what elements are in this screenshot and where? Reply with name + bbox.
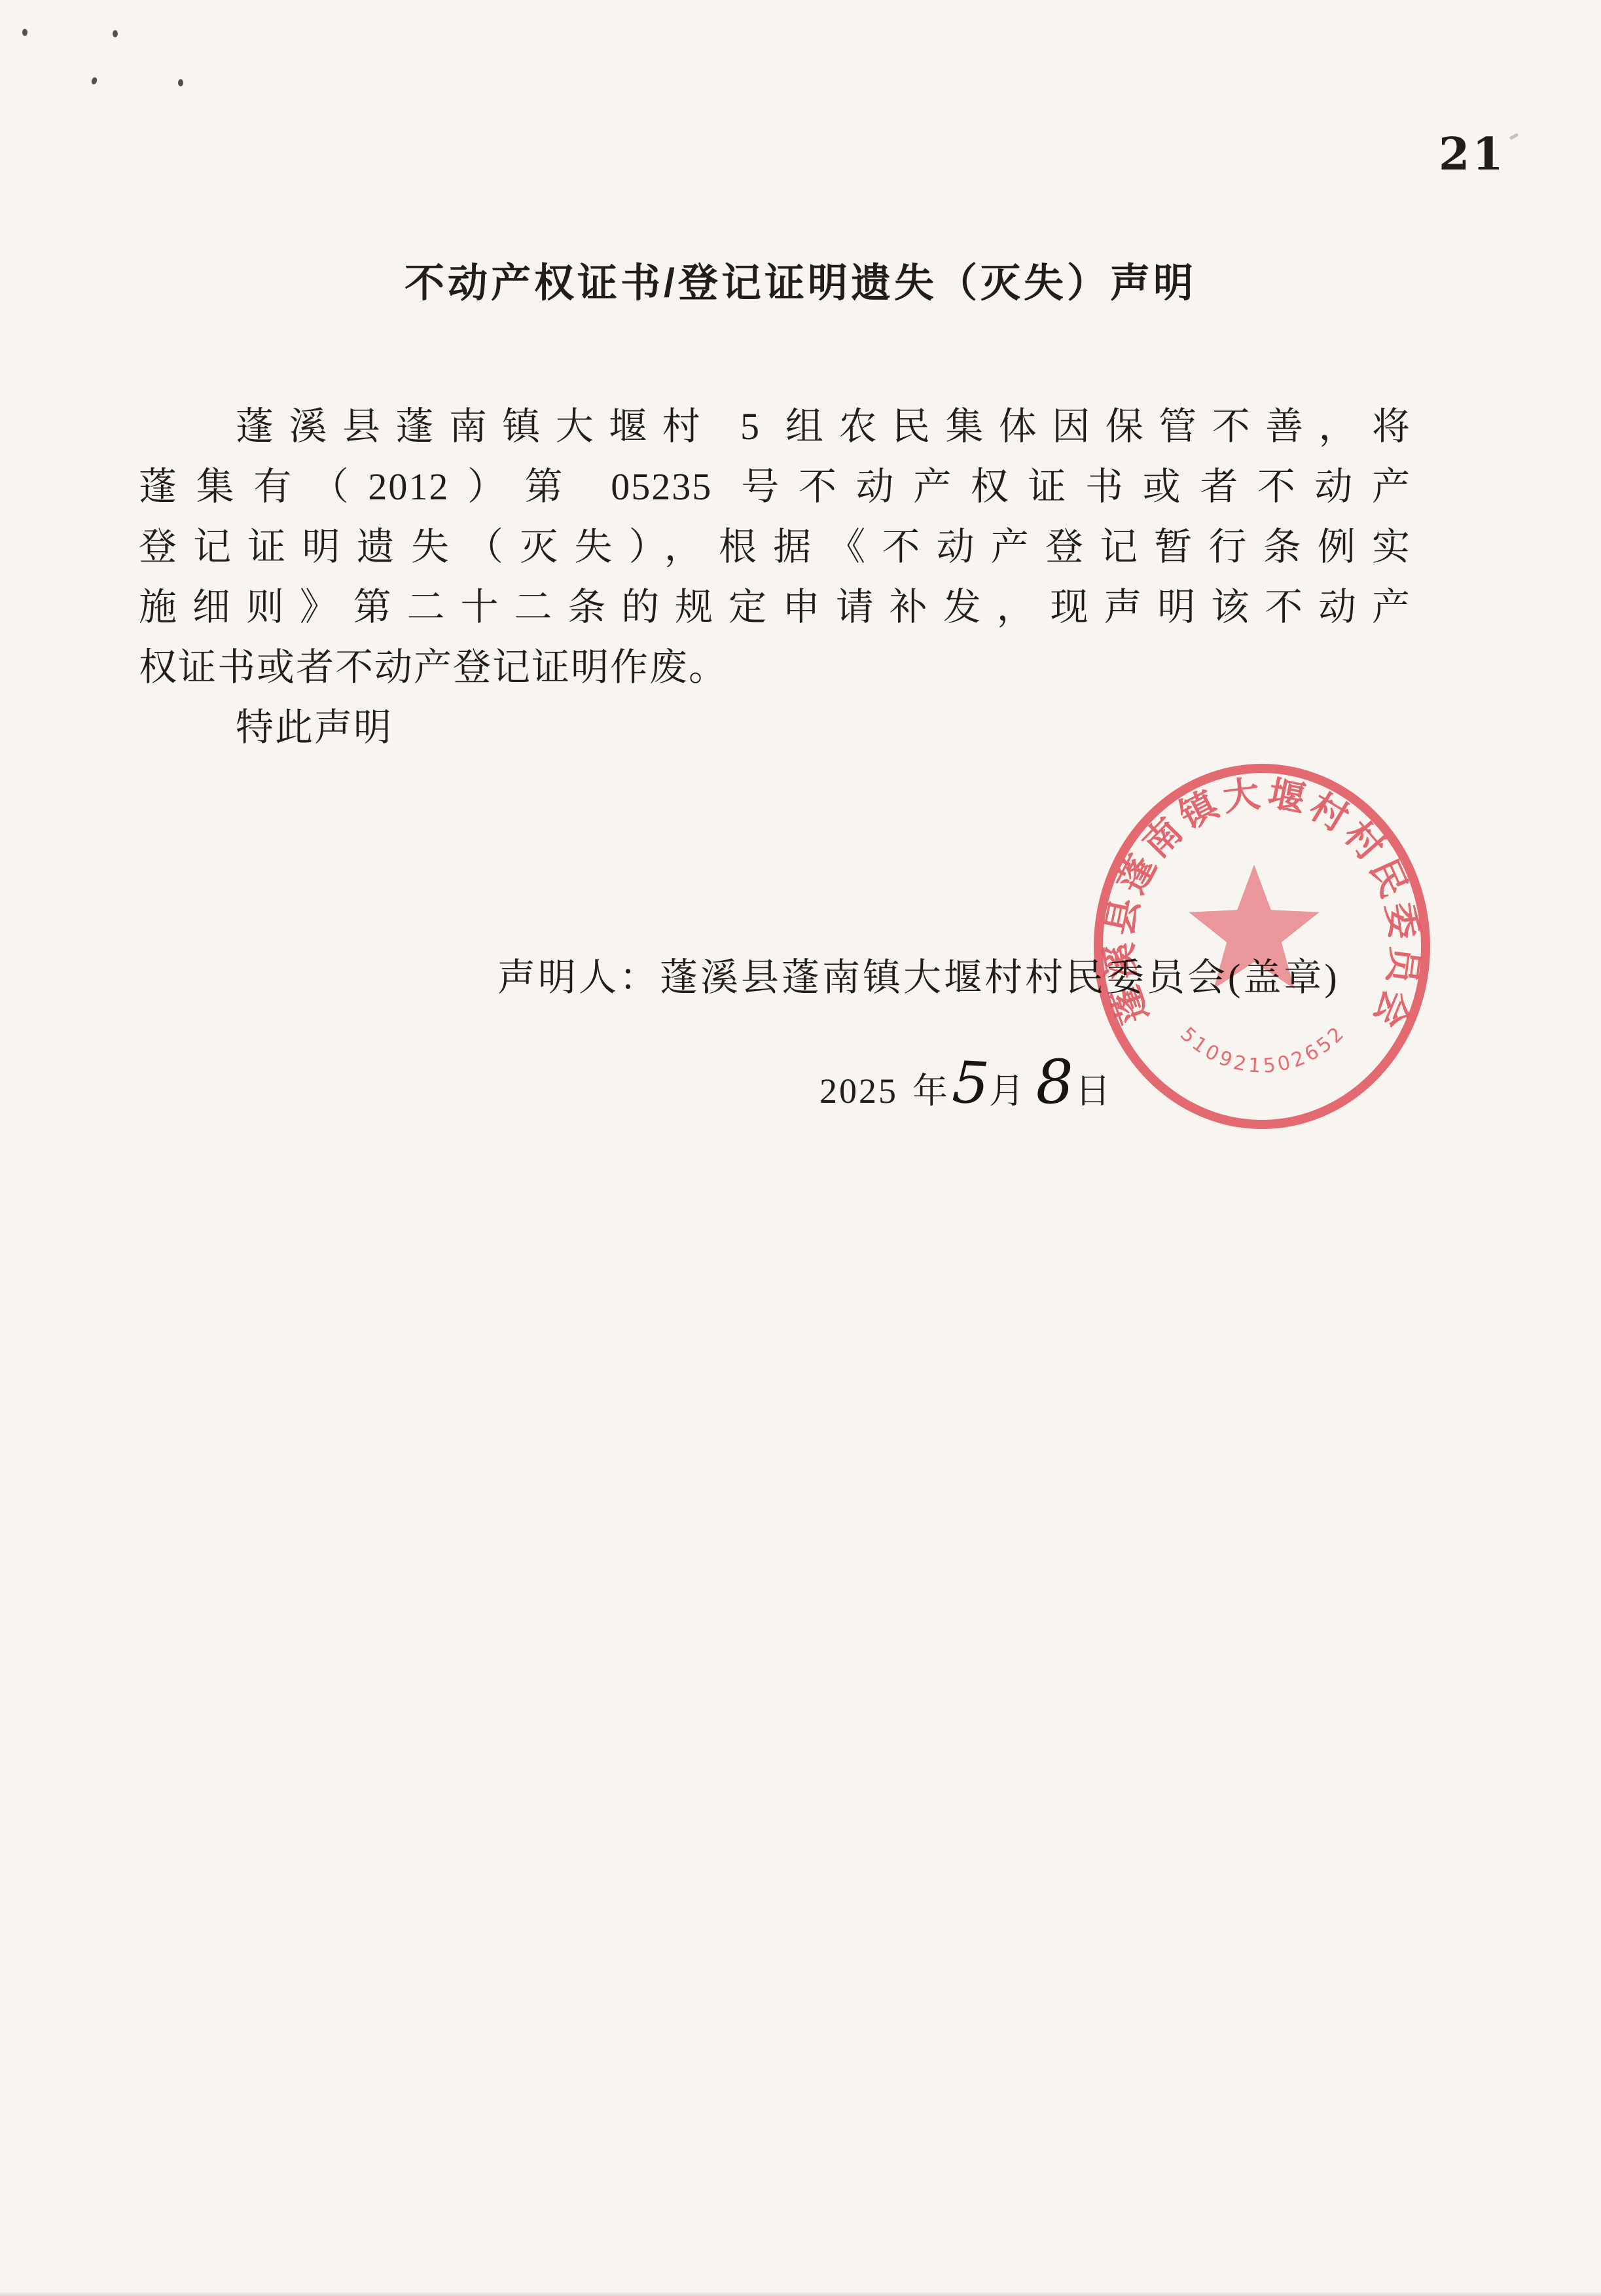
- body-line: 蓬溪县蓬南镇大堰村 5 组农民集体因保管不善，将: [139, 397, 1411, 457]
- body-line: 登记证明遗失（灭失），根据《不动产登记暂行条例实: [139, 517, 1411, 577]
- page-number: 21: [1439, 128, 1506, 181]
- date-month-handwritten: 5: [950, 1049, 990, 1118]
- declaration-body: 蓬溪县蓬南镇大堰村 5 组农民集体因保管不善，将 蓬集有（2012）第 0523…: [139, 397, 1411, 758]
- document-page: 21 不动产权证书/登记证明遗失（灭失）声明 蓬溪县蓬南镇大堰村 5 组农民集体…: [0, 0, 1601, 2296]
- scan-speck: [90, 77, 98, 85]
- date-month-unit: 月: [989, 1063, 1026, 1113]
- date-line: 2025 年 5 月 8 日: [819, 1047, 1113, 1126]
- official-seal: 蓬溪县蓬南镇大堰村村民委员会 5109215026520: [1079, 750, 1445, 1143]
- scan-speck: [113, 30, 118, 37]
- date-year-unit: 年: [912, 1063, 950, 1113]
- scan-speck: [178, 79, 183, 86]
- document-title: 不动产权证书/登记证明遗失（灭失）声明: [0, 251, 1601, 308]
- date-day-handwritten: 8: [1034, 1047, 1075, 1118]
- body-line: 施细则》第二十二条的规定申请补发，现声明该不动产: [139, 577, 1411, 637]
- scan-speck: [1509, 133, 1519, 140]
- star-icon: [1189, 865, 1320, 989]
- body-line: 权证书或者不动产登记证明作废。: [139, 637, 1411, 698]
- body-line-closing: 特此声明: [139, 698, 1411, 758]
- scan-speck: [22, 29, 27, 36]
- body-line: 蓬集有（2012）第 05235 号不动产权证书或者不动产: [139, 457, 1411, 517]
- date-year: 2025: [819, 1071, 898, 1111]
